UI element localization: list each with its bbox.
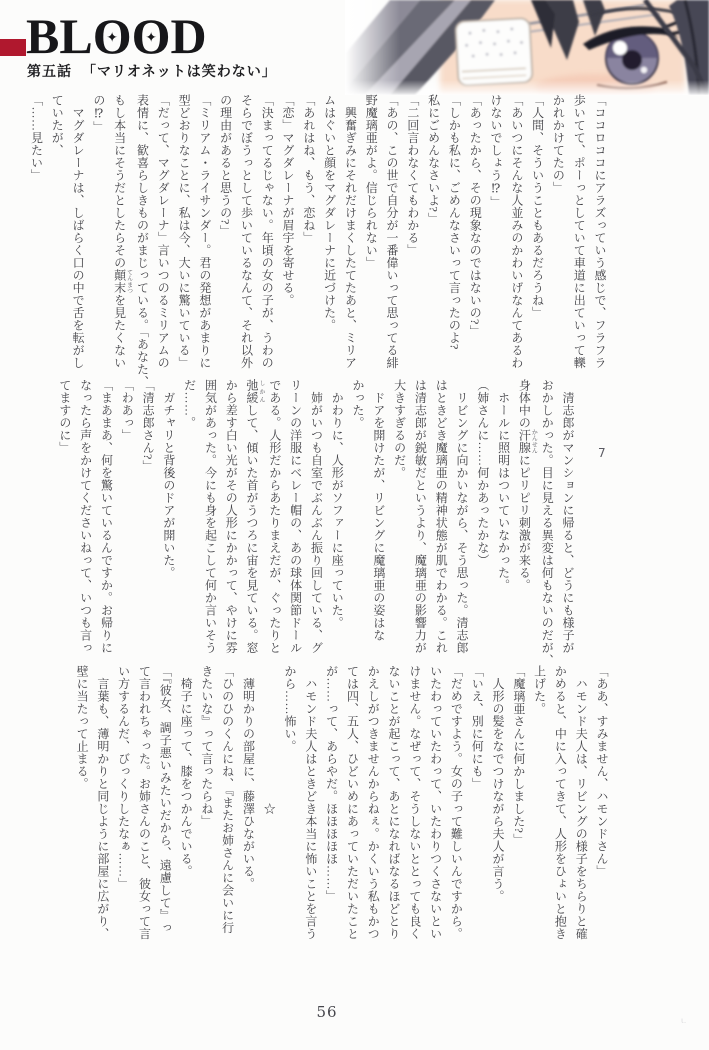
text-column: から……怖い。 (279, 665, 300, 1010)
illustration-svg (345, 0, 709, 95)
text-column: 表情に、歓喜らしきものがまじっている。「あなた、 (132, 94, 153, 376)
text-column: もし本当にそうだとしたらその顛末てんまつを見たくない (109, 94, 132, 376)
text-column: 「あの、この世で自分が一番偉いって思ってる緋 (381, 94, 402, 376)
text-column: 「決まってるじゃない。年頃の女の子が、うわの (256, 94, 277, 376)
text-column: い方するんだ、びっくりしたなぁ……」 (113, 665, 134, 1010)
text-column: ホールに照明はついていなかった。 (493, 379, 514, 662)
text-column: 「しかも私に、ごめんなさいって言ったのよ? (444, 94, 465, 376)
text-column: 「『彼女、調子悪いみたいだから、遠慮して』っ (154, 665, 175, 1010)
text-column: 私にごめんなさいよ?」 (423, 94, 444, 376)
text-column: そらでぼうっとして歩いているなんて、それ以外 (236, 94, 257, 376)
text-column: ないことが起こって、あとになればなるほどとり (383, 665, 404, 1010)
logo-letter-o: O✦ (93, 12, 132, 60)
text-column: 「だって、マグダレーナ」言いつのるミリアムの (152, 94, 173, 376)
text-column: 野魔璃亜がよ。信じられない」 (360, 94, 381, 376)
text-column: 「ココロココにアラズっていう感じで、フラフラ (589, 94, 610, 376)
text-column: かった。 (347, 379, 368, 662)
text-column: が……って、あらやだ。ほほほほほ……」 (321, 665, 342, 1010)
text-column: は清志郎が鋭敏だというより、魔璃亜の影響力が (410, 379, 431, 662)
episode-title: 「マリオネットは笑わない」 (82, 65, 277, 80)
text-column: ドアを開けたが、リビングに魔璃亜の姿はな (368, 379, 389, 662)
text-column: かめると、中に入ってきて、人形をひょいと抱き (550, 665, 571, 1010)
text-column: 「恋」マグダレーナが眉宇を寄せる。 (277, 94, 298, 376)
text-column: だ……。 (179, 379, 200, 662)
logo-letters-bl: BL (26, 12, 93, 60)
text-column: 「いえ、別に何にも」 (466, 665, 487, 1010)
text-column: いたわっていたわって、いたわりつくさないとい (425, 665, 446, 1010)
text-column: ハモンド夫人は、リビングの様子をちらりと確 (570, 665, 591, 1010)
text-column: 「あれはね、もう、恋ね」 (298, 94, 319, 376)
series-logo: BLO✦O✦D (26, 12, 207, 60)
text-column: はときどき魔璃亜の精神状態が肌でわかる。これ (430, 379, 451, 662)
diamond-star-icon: ✦ (106, 32, 118, 46)
text-column: である。人形だからあたりまえだが、ぐったりと (264, 379, 285, 662)
episode-subtitle: 第五話「マリオネットは笑わない」 (27, 61, 277, 81)
text-column: 身体中の汗腺かんせんにピリピリ刺激が来る。 (514, 379, 537, 662)
text-column: 「あいつにそんな人並みのかわいげなんてあるわ (506, 94, 527, 376)
text-band-top: 「ココロココにアラズっていう感じで、フラフラ歩いてて、ポーっとしていて車道に出て… (10, 94, 610, 376)
text-column: 壁に当たって止まる。 (71, 665, 92, 1010)
margin-marker: 7 (598, 446, 606, 460)
text-column: 弛緩しかんして、傾いた首がうつろに宙を見ている。窓 (241, 379, 264, 662)
text-column: ていたが、 (46, 94, 67, 376)
text-column: 「ひのひのくんにね、『またお姉さんに会いに行 (217, 665, 238, 1010)
text-column: リビングに向かいながら、そう思った。清志郎 (451, 379, 472, 662)
girl-eye-eyepatch-illustration (345, 0, 709, 95)
text-column: 人形の髪をなでつけながら夫人が言う。 (487, 665, 508, 1010)
logo-letter-d: D (171, 12, 207, 60)
novel-page: BLO✦O✦D 第五話「マリオネットは笑わない」 (0, 0, 709, 1050)
text-column: ガチャリと背後のドアが開いた。 (158, 379, 179, 662)
text-column: 歩いてて、ポーっとしていて車道に出ていって轢 (568, 94, 589, 376)
text-band-bottom: 「ああ、すみません、ハモンドさん」 ハモンド夫人は、リビングの様子をちらりと確か… (46, 665, 612, 1010)
text-column: 「あったから、その現象なのではないの?」 (464, 94, 485, 376)
text-column: けないでしょう⁉」 (485, 94, 506, 376)
text-column: おかしかった。目に見える異変は何もないのだが、 (536, 379, 557, 662)
text-column: マグダレーナは、しばらく口の中で舌を転がし (67, 94, 88, 376)
text-column: 「ミリアム・ライサンダー。君の発想があまりに (194, 94, 215, 376)
text-column: きたいな』って言ったらね」 (196, 665, 217, 1010)
diamond-star-icon: ✦ (145, 32, 157, 46)
text-column: 「まあまあ、何を驚いているんですか。お帰りに (96, 379, 117, 662)
text-column: かえしがつきませんからねぇ。かくいう私もかつ (362, 665, 383, 1010)
text-column: 大きすぎるのだ。 (389, 379, 410, 662)
text-column: 姉がいつも自室でぶんぶん振り回している、グ (306, 379, 327, 662)
text-column: リーンの洋服にベレー帽の、あの球体関節ドール (285, 379, 306, 662)
text-column: てますのに」 (54, 379, 75, 662)
logo-accent-bar (0, 39, 26, 56)
text-column: 「二回言わなくてもわかる」 (402, 94, 423, 376)
text-column: 「わあっ」 (116, 379, 137, 662)
text-column: なったら声をかけてくださいねって、いつも言っ (75, 379, 96, 662)
text-column: の理由があると思うの?」 (215, 94, 236, 376)
text-column: 上げた。 (529, 665, 550, 1010)
text-column: 型どおりなことに、私は今、大いに驚いている」 (173, 94, 194, 376)
logo-letter-o: O✦ (132, 12, 171, 60)
text-column: ては四、五人、ひどいめにあっていただいたこと (342, 665, 363, 1010)
text-column: 清志郎がマンションに帰ると、どうにも様子が (557, 379, 578, 662)
text-column: かれかけてたの」 (548, 94, 569, 376)
text-column: 言葉も、薄明かりと同じように部屋に広がり、 (92, 665, 113, 1010)
text-column: 薄明かりの部屋に、藤澤ひながいる。 (238, 665, 259, 1010)
text-column: 「ああ、すみません、ハモンドさん」 (591, 665, 612, 1010)
text-column: の⁉」 (88, 94, 109, 376)
text-column: ハモンド夫人はときどき本当に怖いことを言う (300, 665, 321, 1010)
text-column: から差す白い光がその人形にかかって、やけに雰 (220, 379, 241, 662)
text-column: けません。なぜって、そうしないととっても良く (404, 665, 425, 1010)
text-column: 「だめですよう。女の子って難しいんですから。 (446, 665, 467, 1010)
text-column: 興奮ぎみにそれだけまくしたてたあと、ミリア (340, 94, 361, 376)
page-number: 56 (305, 1003, 349, 1021)
text-column: 「魔璃亜さんに何かしました?」 (508, 665, 529, 1010)
text-column: て言われちゃった。お姉さんのこと、彼女って言 (134, 665, 155, 1010)
text-column: 「人間、そういうこともあるだろうね」 (527, 94, 548, 376)
text-column: （姉さんに……何かあったかな） (472, 379, 493, 662)
text-column: かわりに、人形がソファーに座っていた。 (326, 379, 347, 662)
text-column: ☆ (258, 665, 279, 1010)
text-column: 囲気があった。今にも身を起こして何か言いそう (200, 379, 221, 662)
text-band-middle: 清志郎がマンションに帰ると、どうにも様子がおかしかった。目に見える異変は何もない… (38, 379, 578, 662)
text-column: 椅子に座って、膝をつかんでいる。 (175, 665, 196, 1010)
text-column: 「……見たい」 (26, 94, 47, 376)
text-column: ムはぐいと顔をマグダレーナに近づけた。 (319, 94, 340, 376)
text-column: 「清志郎さん?」 (137, 379, 158, 662)
corner-print-artifact: ι. (681, 1016, 691, 1024)
episode-number: 第五話 (27, 65, 72, 80)
